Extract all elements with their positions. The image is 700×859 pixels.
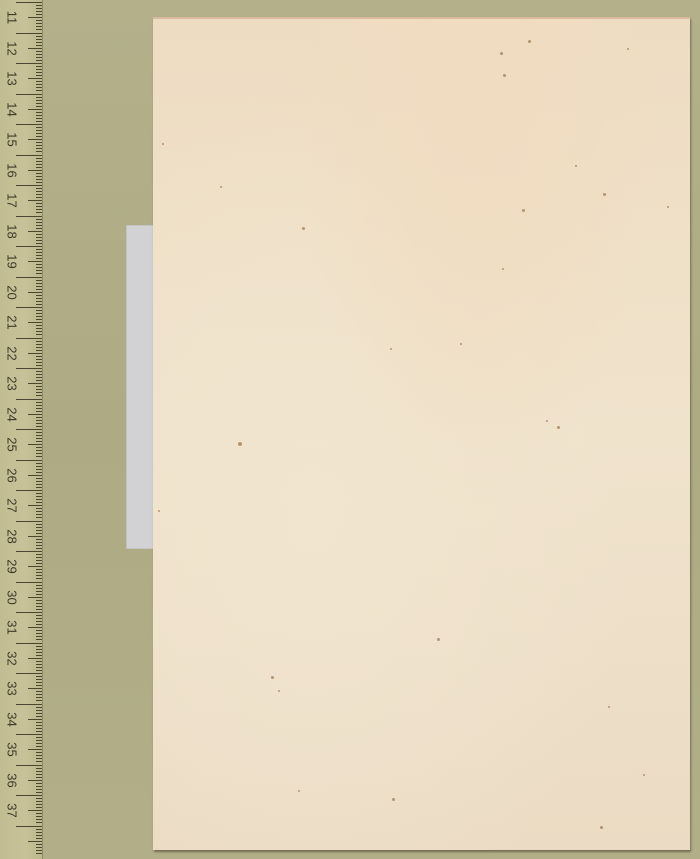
ruler-label: 24 bbox=[6, 404, 19, 424]
ruler-tick bbox=[36, 822, 42, 823]
ruler-tick bbox=[36, 432, 42, 433]
ruler-tick bbox=[36, 463, 42, 464]
ruler-tick bbox=[36, 148, 42, 149]
ruler-tick bbox=[36, 655, 42, 656]
ruler-tick bbox=[36, 75, 42, 76]
foxing-spot bbox=[460, 343, 462, 345]
foxing-spot bbox=[392, 798, 395, 801]
ruler-tick bbox=[36, 606, 42, 607]
ruler-tick bbox=[36, 130, 42, 131]
blank-paper-page bbox=[153, 17, 690, 850]
ruler-tick bbox=[16, 521, 42, 522]
ruler-tick bbox=[28, 48, 42, 49]
ruler-tick bbox=[36, 29, 42, 30]
ruler-tick bbox=[36, 792, 42, 793]
ruler-tick bbox=[36, 194, 42, 195]
ruler-tick bbox=[16, 582, 42, 583]
foxing-spot bbox=[271, 676, 274, 679]
ruler-tick bbox=[36, 652, 42, 653]
ruler-tick bbox=[36, 319, 42, 320]
ruler-tick bbox=[36, 334, 42, 335]
ruler-tick bbox=[36, 636, 42, 637]
ruler-tick bbox=[36, 594, 42, 595]
ruler-tick bbox=[36, 5, 42, 6]
ruler-tick bbox=[36, 386, 42, 387]
foxing-spot bbox=[298, 790, 300, 792]
ruler-tick bbox=[28, 597, 42, 598]
ruler-tick bbox=[36, 838, 42, 839]
ruler-tick bbox=[36, 832, 42, 833]
ruler-tick bbox=[36, 158, 42, 159]
ruler-tick bbox=[36, 615, 42, 616]
ruler-tick bbox=[36, 502, 42, 503]
ruler-tick bbox=[28, 475, 42, 476]
foxing-spot bbox=[643, 774, 645, 776]
ruler-tick bbox=[36, 829, 42, 830]
ruler-tick bbox=[36, 603, 42, 604]
ruler-tick bbox=[16, 368, 42, 369]
foxing-spot bbox=[238, 442, 242, 446]
ruler-tick bbox=[36, 20, 42, 21]
ruler-tick bbox=[36, 649, 42, 650]
ruler-label: 14 bbox=[6, 99, 19, 119]
ruler-tick bbox=[36, 539, 42, 540]
ruler-tick bbox=[36, 716, 42, 717]
ruler-tick bbox=[36, 212, 42, 213]
foxing-spot bbox=[522, 209, 525, 212]
ruler-tick bbox=[36, 517, 42, 518]
ruler-tick bbox=[36, 240, 42, 241]
ruler-tick bbox=[36, 456, 42, 457]
ruler-label: 35 bbox=[6, 740, 19, 760]
ruler-label: 37 bbox=[6, 801, 19, 821]
ruler-tick bbox=[36, 707, 42, 708]
ruler-tick bbox=[36, 441, 42, 442]
ruler-label: 27 bbox=[6, 496, 19, 516]
ruler-tick bbox=[36, 789, 42, 790]
ruler-tick bbox=[36, 685, 42, 686]
ruler-tick bbox=[36, 350, 42, 351]
ruler-tick bbox=[36, 542, 42, 543]
ruler-tick bbox=[36, 115, 42, 116]
ruler-tick bbox=[16, 612, 42, 613]
ruler-label: 29 bbox=[6, 557, 19, 577]
ruler-tick bbox=[36, 697, 42, 698]
ruler-tick bbox=[36, 850, 42, 851]
ruler-tick bbox=[16, 673, 42, 674]
ruler-tick bbox=[28, 719, 42, 720]
ruler-label: 11 bbox=[6, 8, 19, 28]
ruler-tick bbox=[16, 338, 42, 339]
ruler-tick bbox=[36, 768, 42, 769]
ruler-tick bbox=[36, 301, 42, 302]
ruler-tick bbox=[16, 460, 42, 461]
gray-paper-strip bbox=[126, 225, 154, 549]
ruler-tick bbox=[36, 405, 42, 406]
ruler-tick bbox=[36, 258, 42, 259]
ruler-tick bbox=[36, 798, 42, 799]
ruler-label: 36 bbox=[6, 770, 19, 790]
ruler-tick bbox=[28, 536, 42, 537]
ruler-tick bbox=[36, 621, 42, 622]
ruler-tick bbox=[36, 66, 42, 67]
ruler-label: 17 bbox=[6, 191, 19, 211]
ruler-tick bbox=[16, 246, 42, 247]
ruler-tick bbox=[36, 533, 42, 534]
ruler-tick bbox=[36, 557, 42, 558]
foxing-spot bbox=[575, 165, 577, 167]
ruler-tick bbox=[16, 216, 42, 217]
ruler-tick bbox=[28, 109, 42, 110]
ruler-tick bbox=[36, 740, 42, 741]
ruler-label: 32 bbox=[6, 648, 19, 668]
ruler-label: 12 bbox=[6, 38, 19, 58]
ruler-tick bbox=[36, 84, 42, 85]
ruler-tick bbox=[28, 688, 42, 689]
ruler-tick bbox=[36, 691, 42, 692]
ruler-tick bbox=[16, 33, 42, 34]
ruler-tick bbox=[28, 414, 42, 415]
ruler-tick bbox=[36, 487, 42, 488]
ruler-tick bbox=[36, 679, 42, 680]
ruler-tick bbox=[36, 661, 42, 662]
ruler-tick bbox=[36, 710, 42, 711]
ruler-tick bbox=[36, 453, 42, 454]
ruler-tick bbox=[36, 816, 42, 817]
ruler-tick bbox=[36, 267, 42, 268]
ruler-tick bbox=[36, 493, 42, 494]
ruler-tick bbox=[36, 380, 42, 381]
foxing-spot bbox=[278, 690, 280, 692]
foxing-spot bbox=[627, 48, 629, 50]
ruler-tick bbox=[16, 765, 42, 766]
ruler-tick bbox=[36, 45, 42, 46]
ruler-tick bbox=[36, 176, 42, 177]
ruler-tick bbox=[36, 237, 42, 238]
ruler-tick bbox=[28, 841, 42, 842]
foxing-spot bbox=[503, 74, 506, 77]
ruler-tick bbox=[36, 255, 42, 256]
ruler-tick bbox=[36, 173, 42, 174]
foxing-spot bbox=[220, 186, 222, 188]
foxing-spot bbox=[500, 52, 503, 55]
ruler-tick bbox=[36, 395, 42, 396]
ruler-tick bbox=[28, 780, 42, 781]
ruler-tick bbox=[36, 450, 42, 451]
ruler-tick bbox=[36, 481, 42, 482]
ruler-tick bbox=[28, 261, 42, 262]
ruler-tick bbox=[36, 57, 42, 58]
ruler-tick bbox=[36, 304, 42, 305]
ruler-tick bbox=[36, 87, 42, 88]
foxing-spot bbox=[608, 706, 610, 708]
ruler-tick bbox=[28, 749, 42, 750]
ruler-tick bbox=[36, 371, 42, 372]
ruler-tick bbox=[36, 618, 42, 619]
ruler-tick bbox=[36, 813, 42, 814]
ruler-tick bbox=[36, 252, 42, 253]
ruler-tick bbox=[36, 554, 42, 555]
ruler-tick bbox=[36, 646, 42, 647]
ruler-tick bbox=[36, 853, 42, 854]
ruler-tick bbox=[36, 310, 42, 311]
foxing-spot bbox=[302, 227, 305, 230]
ruler-tick bbox=[36, 249, 42, 250]
ruler-tick bbox=[16, 307, 42, 308]
ruler-tick bbox=[36, 578, 42, 579]
ruler-tick bbox=[28, 170, 42, 171]
ruler-tick bbox=[36, 23, 42, 24]
ruler-tick bbox=[36, 402, 42, 403]
ruler-tick bbox=[36, 54, 42, 55]
ruler-tick bbox=[36, 572, 42, 573]
ruler-tick bbox=[36, 289, 42, 290]
ruler-tick bbox=[36, 151, 42, 152]
ruler-tick bbox=[36, 731, 42, 732]
ruler-label: 25 bbox=[6, 435, 19, 455]
ruler-tick bbox=[36, 298, 42, 299]
ruler-tick bbox=[36, 243, 42, 244]
ruler-tick bbox=[36, 209, 42, 210]
ruler-tick bbox=[36, 600, 42, 601]
ruler-tick bbox=[36, 325, 42, 326]
foxing-spot bbox=[528, 40, 531, 43]
ruler-tick bbox=[36, 188, 42, 189]
ruler-tick bbox=[36, 90, 42, 91]
ruler-label: 20 bbox=[6, 282, 19, 302]
ruler-tick bbox=[36, 347, 42, 348]
ruler-tick bbox=[36, 774, 42, 775]
ruler-tick bbox=[16, 124, 42, 125]
measuring-ruler: 1112131415161718192021222324252627282930… bbox=[0, 0, 43, 859]
ruler-tick bbox=[36, 331, 42, 332]
ruler-tick bbox=[16, 155, 42, 156]
ruler-tick bbox=[36, 313, 42, 314]
ruler-tick bbox=[36, 508, 42, 509]
ruler-tick bbox=[36, 234, 42, 235]
ruler-tick bbox=[36, 191, 42, 192]
ruler-tick bbox=[36, 286, 42, 287]
ruler-tick bbox=[36, 377, 42, 378]
foxing-spot bbox=[437, 638, 440, 641]
ruler-label: 13 bbox=[6, 69, 19, 89]
ruler-tick bbox=[36, 228, 42, 229]
ruler-label: 15 bbox=[6, 130, 19, 150]
ruler-tick bbox=[36, 466, 42, 467]
ruler-tick bbox=[36, 588, 42, 589]
ruler-label: 31 bbox=[6, 618, 19, 638]
ruler-tick bbox=[16, 826, 42, 827]
ruler-tick bbox=[36, 417, 42, 418]
ruler-tick bbox=[36, 722, 42, 723]
ruler-tick bbox=[16, 551, 42, 552]
ruler-tick bbox=[36, 206, 42, 207]
ruler-tick bbox=[16, 734, 42, 735]
ruler-tick bbox=[36, 530, 42, 531]
ruler-tick bbox=[36, 118, 42, 119]
ruler-tick bbox=[36, 69, 42, 70]
foxing-spot bbox=[162, 143, 164, 145]
ruler-tick bbox=[36, 548, 42, 549]
ruler-tick bbox=[36, 664, 42, 665]
ruler-tick bbox=[36, 575, 42, 576]
ruler-tick bbox=[36, 295, 42, 296]
ruler-tick bbox=[36, 121, 42, 122]
ruler-tick bbox=[36, 39, 42, 40]
ruler-tick bbox=[16, 399, 42, 400]
ruler-tick bbox=[16, 704, 42, 705]
ruler-tick bbox=[36, 786, 42, 787]
ruler-tick bbox=[36, 106, 42, 107]
ruler-tick bbox=[36, 411, 42, 412]
ruler-tick bbox=[28, 810, 42, 811]
ruler-tick bbox=[36, 136, 42, 137]
ruler-tick bbox=[36, 100, 42, 101]
ruler-tick bbox=[36, 807, 42, 808]
ruler-tick bbox=[36, 103, 42, 104]
ruler-tick bbox=[36, 264, 42, 265]
ruler-tick bbox=[36, 280, 42, 281]
ruler-tick bbox=[36, 270, 42, 271]
ruler-tick bbox=[36, 72, 42, 73]
ruler-tick bbox=[36, 374, 42, 375]
ruler-tick bbox=[28, 17, 42, 18]
ruler-tick bbox=[36, 167, 42, 168]
ruler-tick bbox=[28, 505, 42, 506]
ruler-tick bbox=[36, 36, 42, 37]
ruler-tick bbox=[36, 585, 42, 586]
ruler-tick bbox=[36, 545, 42, 546]
ruler-tick bbox=[36, 771, 42, 772]
ruler-tick bbox=[16, 643, 42, 644]
ruler-tick bbox=[36, 746, 42, 747]
ruler-tick bbox=[36, 341, 42, 342]
ruler-tick bbox=[16, 490, 42, 491]
ruler-tick bbox=[36, 97, 42, 98]
foxing-spot bbox=[390, 348, 392, 350]
ruler-tick bbox=[36, 639, 42, 640]
ruler-tick bbox=[36, 365, 42, 366]
ruler-tick bbox=[36, 426, 42, 427]
ruler-tick bbox=[36, 560, 42, 561]
ruler-label: 30 bbox=[6, 587, 19, 607]
ruler-tick bbox=[36, 203, 42, 204]
ruler-tick bbox=[36, 344, 42, 345]
ruler-tick bbox=[36, 667, 42, 668]
foxing-spot bbox=[667, 206, 669, 208]
ruler-tick bbox=[36, 469, 42, 470]
ruler-tick bbox=[28, 627, 42, 628]
ruler-tick bbox=[36, 435, 42, 436]
ruler-tick bbox=[28, 78, 42, 79]
ruler-tick bbox=[36, 670, 42, 671]
ruler-label: 16 bbox=[6, 160, 19, 180]
ruler-tick bbox=[36, 420, 42, 421]
ruler-tick bbox=[36, 11, 42, 12]
ruler-tick bbox=[36, 51, 42, 52]
ruler-tick bbox=[36, 713, 42, 714]
ruler-label: 34 bbox=[6, 709, 19, 729]
ruler-tick bbox=[36, 700, 42, 701]
ruler-tick bbox=[36, 511, 42, 512]
ruler-tick bbox=[16, 94, 42, 95]
ruler-tick bbox=[36, 755, 42, 756]
foxing-spot bbox=[158, 510, 160, 512]
foxing-spot bbox=[557, 426, 560, 429]
ruler-tick bbox=[36, 60, 42, 61]
ruler-tick bbox=[36, 359, 42, 360]
ruler-tick bbox=[28, 231, 42, 232]
ruler-tick bbox=[36, 801, 42, 802]
ruler-tick bbox=[36, 142, 42, 143]
ruler-tick bbox=[28, 383, 42, 384]
ruler-label: 18 bbox=[6, 221, 19, 241]
ruler-tick bbox=[36, 316, 42, 317]
ruler-label: 33 bbox=[6, 679, 19, 699]
ruler-tick bbox=[28, 322, 42, 323]
ruler-tick bbox=[36, 630, 42, 631]
ruler-tick bbox=[28, 353, 42, 354]
ruler-tick bbox=[16, 2, 42, 3]
ruler-tick bbox=[36, 633, 42, 634]
ruler-label: 28 bbox=[6, 526, 19, 546]
ruler-tick bbox=[36, 499, 42, 500]
ruler-tick bbox=[36, 8, 42, 9]
ruler-tick bbox=[36, 478, 42, 479]
ruler-label: 19 bbox=[6, 252, 19, 272]
ruler-tick bbox=[36, 728, 42, 729]
ruler-tick bbox=[36, 438, 42, 439]
ruler-label: 22 bbox=[6, 343, 19, 363]
ruler-tick bbox=[36, 777, 42, 778]
ruler-tick bbox=[36, 14, 42, 15]
ruler-tick bbox=[36, 273, 42, 274]
ruler-tick bbox=[36, 179, 42, 180]
ruler-tick bbox=[36, 161, 42, 162]
ruler-tick bbox=[28, 139, 42, 140]
ruler-tick bbox=[36, 819, 42, 820]
ruler-tick bbox=[36, 694, 42, 695]
ruler-tick bbox=[36, 472, 42, 473]
ruler-tick bbox=[36, 145, 42, 146]
ruler-tick bbox=[36, 783, 42, 784]
ruler-tick bbox=[36, 164, 42, 165]
ruler-label: 21 bbox=[6, 313, 19, 333]
ruler-tick bbox=[36, 569, 42, 570]
ruler-tick bbox=[36, 496, 42, 497]
ruler-tick bbox=[36, 758, 42, 759]
ruler-tick bbox=[36, 222, 42, 223]
ruler-tick bbox=[36, 484, 42, 485]
ruler-tick bbox=[36, 81, 42, 82]
ruler-tick bbox=[36, 133, 42, 134]
ruler-tick bbox=[36, 423, 42, 424]
ruler-tick bbox=[16, 429, 42, 430]
ruler-tick bbox=[36, 514, 42, 515]
ruler-tick bbox=[36, 197, 42, 198]
ruler-tick bbox=[36, 225, 42, 226]
ruler-tick bbox=[36, 42, 42, 43]
ruler-tick bbox=[36, 682, 42, 683]
ruler-tick bbox=[16, 277, 42, 278]
foxing-spot bbox=[502, 268, 504, 270]
ruler-tick bbox=[36, 847, 42, 848]
foxing-spot bbox=[600, 826, 603, 829]
ruler-tick bbox=[36, 844, 42, 845]
ruler-tick bbox=[36, 392, 42, 393]
ruler-tick bbox=[28, 292, 42, 293]
ruler-tick bbox=[36, 328, 42, 329]
